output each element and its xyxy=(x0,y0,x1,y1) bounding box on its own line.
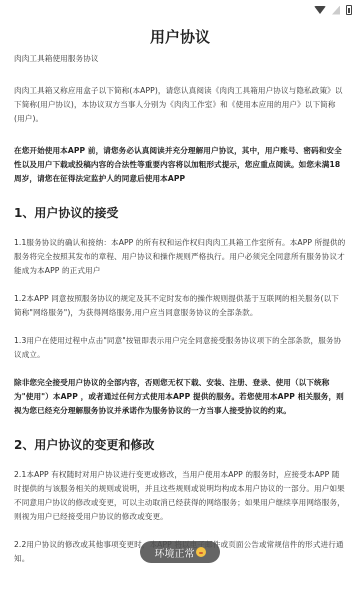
page-title: 用户协议 xyxy=(150,26,210,47)
section-title-acceptance: 1、用户协议的接受 xyxy=(14,204,346,222)
notice-paragraph: 在您开始使用本APP 前，请您务必认真阅读并充分理解用户协议，其中，用户账号、密… xyxy=(14,144,346,186)
paragraph-1-3: 1.3用户在使用过程中点击"同意"按钮即表示用户完全同意接受服务协议项下的全部条… xyxy=(14,334,346,362)
page-header: 用户协议 xyxy=(0,20,360,52)
agreement-content[interactable]: 肉肉工具箱使用服务协议 肉肉工具箱又称应用盒子以下简称(本APP)，请您认真阅读… xyxy=(0,52,360,566)
paragraph-1-2: 1.2本APP 同意按照服务协议的规定及其不定时发布的操作规则提供基于互联网的相… xyxy=(14,292,346,320)
sim-icon xyxy=(332,6,340,15)
intro-paragraph: 肉肉工具箱又称应用盒子以下简称(本APP)，请您认真阅读《肉肉工具箱用户协议与隐… xyxy=(14,84,346,126)
agreement-subtitle: 肉肉工具箱使用服务协议 xyxy=(14,52,346,66)
status-bar xyxy=(0,0,360,20)
battery-icon xyxy=(346,5,352,15)
paragraph-1-1: 1.1服务协议的确认和接纳：本APP 的所有权和运作权归肉肉工具箱工作室所有。本… xyxy=(14,236,346,278)
toast-message: 环境正常 xyxy=(140,541,220,563)
paragraph-acceptance-bold: 除非您完全接受用户协议的全部内容，否则您无权下载、安装、注册、登录、使用（以下统… xyxy=(14,376,346,418)
wifi-icon xyxy=(314,6,326,14)
toast-text: 环境正常 xyxy=(155,545,195,560)
section-title-changes: 2、用户协议的变更和修改 xyxy=(14,436,346,454)
paragraph-2-1: 2.1本APP 有权随时对用户协议进行变更或修改，当用户使用本APP 的服务时，… xyxy=(14,468,346,524)
smile-emoji-icon xyxy=(196,547,206,557)
